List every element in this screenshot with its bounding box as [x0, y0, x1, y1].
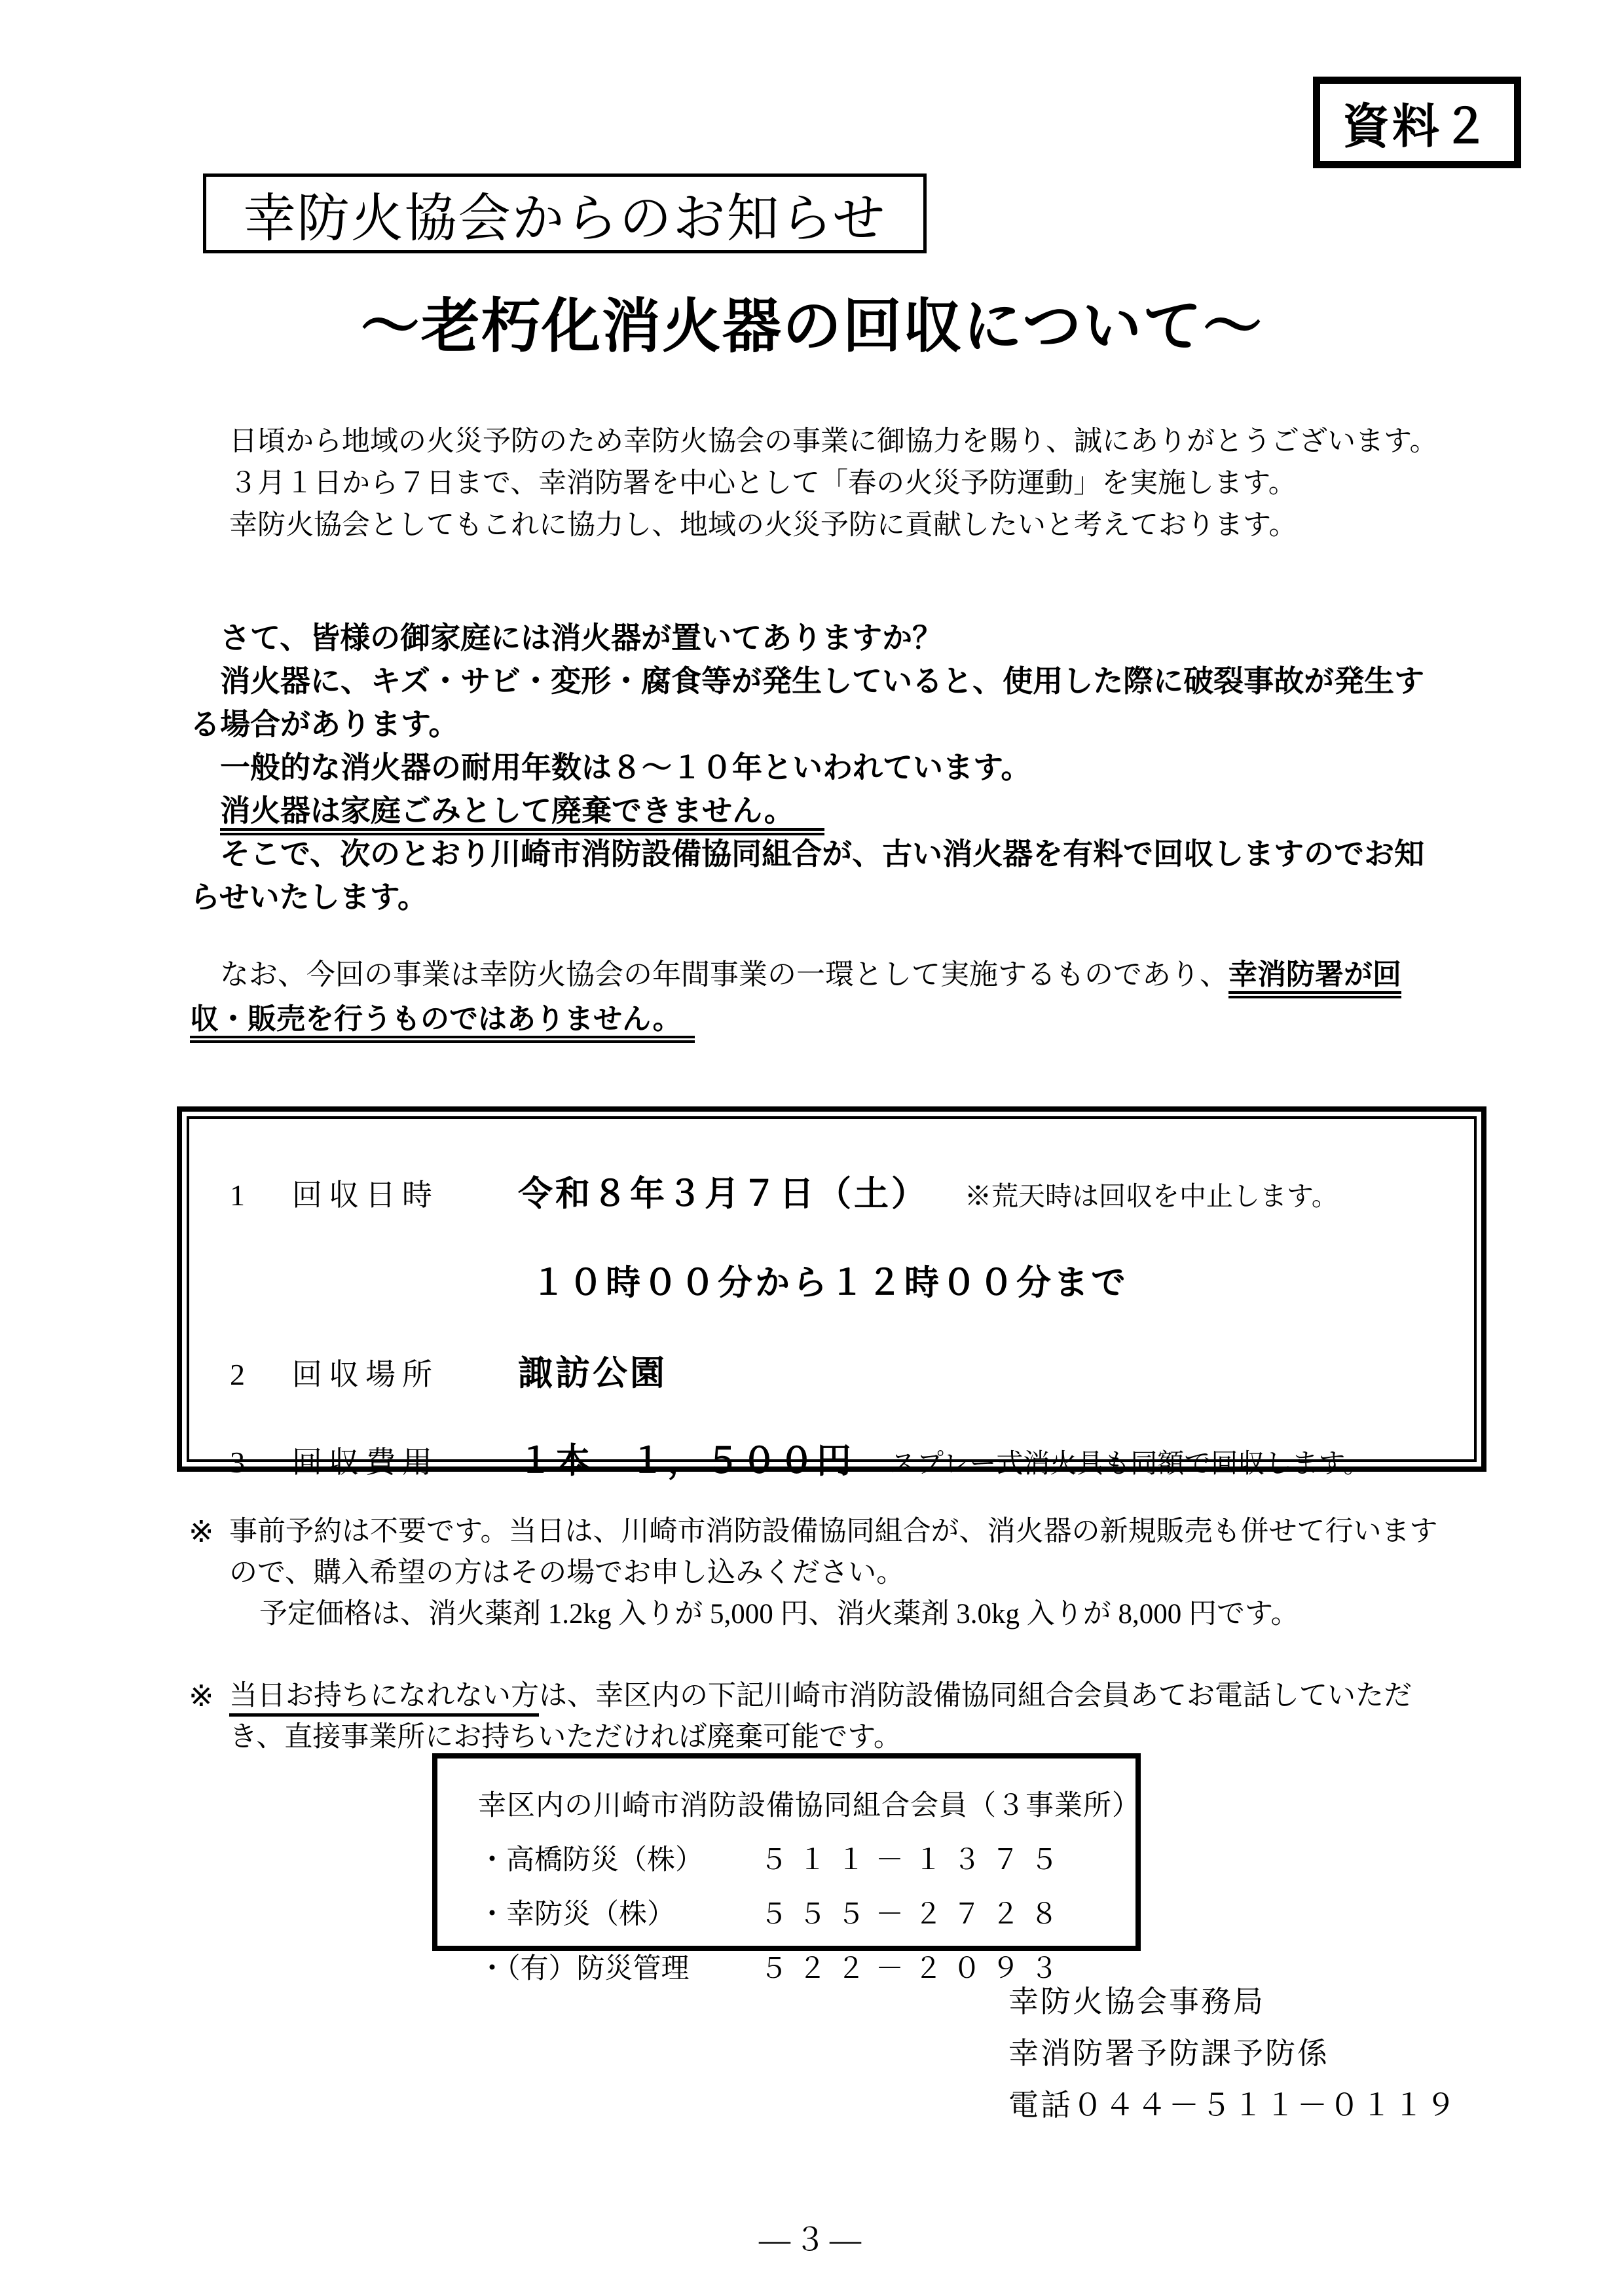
note-reservation-body: 事前予約は不要です。当日は、川崎市消防設備協同組合が、消火器の新規販売も併せて行… — [229, 1511, 1452, 1635]
note-marker: ※ — [189, 1511, 229, 1635]
collection-cost-value: １本 １，５００円 — [518, 1433, 854, 1483]
document-tag-box: 資料２ — [1313, 77, 1521, 168]
cannot-attend-underlined: 当日お持ちになれない方 — [229, 1681, 539, 1717]
collection-info-box: 1 回収日時 令和８年３月７日（土） ※荒天時は回収を中止します。 １０時００分… — [177, 1106, 1486, 1472]
disposal-warning-underlined: 消火器は家庭ごみとして廃棄できません。 — [220, 794, 824, 835]
note-reservation: ※ 事前予約は不要です。当日は、川崎市消防設備協同組合が、消火器の新規販売も併せ… — [189, 1511, 1452, 1635]
contact-footer: 幸防火協会事務局 幸消防署予防課予防係 電話０４４－５１１－０１１９ — [1008, 1976, 1458, 2131]
body-paragraph-damage: 消火器に、キズ・サビ・変形・腐食等が発生していると、使用した際に破裂事故が発生す… — [190, 660, 1441, 746]
collection-time-value: １０時００分から１２時００分まで — [531, 1255, 1128, 1305]
member-row: ・幸防災（株） ５５５－２７２８ — [478, 1892, 1122, 1932]
intro-line-1: 日頃から地域の火災予防のため幸防火協会の事業に御協力を賜り、誠にありがとうござい… — [229, 421, 1460, 463]
member-name: ・（有）防災管理 — [478, 1946, 760, 1986]
body-paragraph-collection: そこで、次のとおり川崎市消防設備協同組合が、古い消火器を有料で回収しますのでお知… — [190, 833, 1441, 919]
header-title-box: 幸防火協会からのお知らせ — [203, 173, 927, 253]
member-name: ・幸防災（株） — [478, 1892, 760, 1932]
collection-date-value: 令和８年３月７日（土） — [518, 1166, 929, 1216]
member-list-box: 幸区内の川崎市消防設備協同組合会員（３事業所） ・高橋防災（株） ５１１－１３７… — [432, 1753, 1141, 1951]
info-item-label: 回収場所 — [292, 1351, 518, 1394]
footer-office-name: 幸防火協会事務局 — [1008, 1976, 1458, 2028]
collection-info-box-inner: 1 回収日時 令和８年３月７日（土） ※荒天時は回収を中止します。 １０時００分… — [187, 1116, 1477, 1462]
member-name: ・高橋防災（株） — [478, 1838, 760, 1878]
main-title: 〜老朽化消火器の回収について〜 — [0, 278, 1624, 363]
note-cannot-attend-body: 当日お持ちになれない方は、幸区内の下記川崎市消防設備協同組合会員あてお電話してい… — [229, 1675, 1452, 1758]
header-title: 幸防火協会からのお知らせ — [244, 176, 887, 251]
intro-line-3: 幸防火協会としてもこれに協力し、地域の火災予防に貢献したいと考えております。 — [229, 505, 1460, 547]
page-number: ―３― — [0, 2214, 1624, 2259]
body-section: さて、皆様の御家庭には消火器が置いてありますか？ 消火器に、キズ・サビ・変形・腐… — [190, 617, 1441, 919]
note-price-text: 予定価格は、消火薬剤 1.2kg 入りが 5,000 円、消火薬剤 3.0kg … — [229, 1594, 1452, 1635]
info-item-label: 回収費用 — [292, 1438, 518, 1482]
info-row-cost: 3 回収費用 １本 １，５００円 スプレー式消火具も同額で回収します。 — [230, 1433, 1454, 1483]
body-paragraph-disposal: 消火器は家庭ごみとして廃棄できません。 — [190, 790, 1441, 833]
collection-place-value: 諏訪公園 — [518, 1345, 667, 1395]
info-item-number: 3 — [230, 1445, 292, 1480]
note-cannot-attend: ※ 当日お持ちになれない方は、幸区内の下記川崎市消防設備協同組合会員あてお電話し… — [189, 1675, 1452, 1758]
member-list-title: 幸区内の川崎市消防設備協同組合会員（３事業所） — [478, 1783, 1122, 1823]
info-item-number: 1 — [230, 1178, 292, 1212]
body-paragraph-lifespan: 一般的な消火器の耐用年数は８〜１０年といわれています。 — [190, 746, 1441, 790]
spray-type-note: スプレー式消火具も同額で回収します。 — [890, 1442, 1370, 1480]
note-marker: ※ — [189, 1675, 229, 1758]
info-row-time: １０時００分から１２時００分まで — [230, 1255, 1454, 1305]
note-reservation-text: 事前予約は不要です。当日は、川崎市消防設備協同組合が、消火器の新規販売も併せて行… — [229, 1516, 1438, 1588]
info-item-label: 回収日時 — [292, 1171, 518, 1214]
member-row: ・高橋防災（株） ５１１－１３７５ — [478, 1838, 1122, 1878]
document-tag-label: 資料２ — [1342, 88, 1492, 156]
body-question: さて、皆様の御家庭には消火器が置いてありますか？ — [190, 617, 1441, 660]
footer-phone: 電話０４４－５１１－０１１９ — [1008, 2079, 1458, 2131]
document-page: 資料２ 幸防火協会からのお知らせ 〜老朽化消火器の回収について〜 日頃から地域の… — [0, 0, 1624, 2296]
member-phone: ５１１－１３７５ — [760, 1838, 1069, 1878]
info-row-place: 2 回収場所 諏訪公園 — [230, 1345, 1454, 1395]
notes-section: ※ 事前予約は不要です。当日は、川崎市消防設備協同組合が、消火器の新規販売も併せ… — [189, 1511, 1452, 1758]
disclaimer-paragraph: なお、今回の事業は幸防火協会の年間事業の一環として実施するものであり、幸消防署が… — [190, 953, 1442, 1042]
weather-cancel-note: ※荒天時は回収を中止します。 — [965, 1175, 1338, 1213]
member-phone: ５５５－２７２８ — [760, 1892, 1069, 1932]
intro-paragraph: 日頃から地域の火災予防のため幸防火協会の事業に御協力を賜り、誠にありがとうござい… — [229, 421, 1460, 547]
info-item-number: 2 — [230, 1357, 292, 1392]
disclaimer-normal-text: なお、今回の事業は幸防火協会の年間事業の一環として実施するものであり、 — [220, 958, 1228, 991]
intro-line-2: ３月１日から７日まで、幸消防署を中心として「春の火災予防運動」を実施します。 — [229, 463, 1460, 505]
info-row-datetime: 1 回収日時 令和８年３月７日（土） ※荒天時は回収を中止します。 — [230, 1166, 1454, 1216]
footer-department-name: 幸消防署予防課予防係 — [1008, 2028, 1458, 2079]
